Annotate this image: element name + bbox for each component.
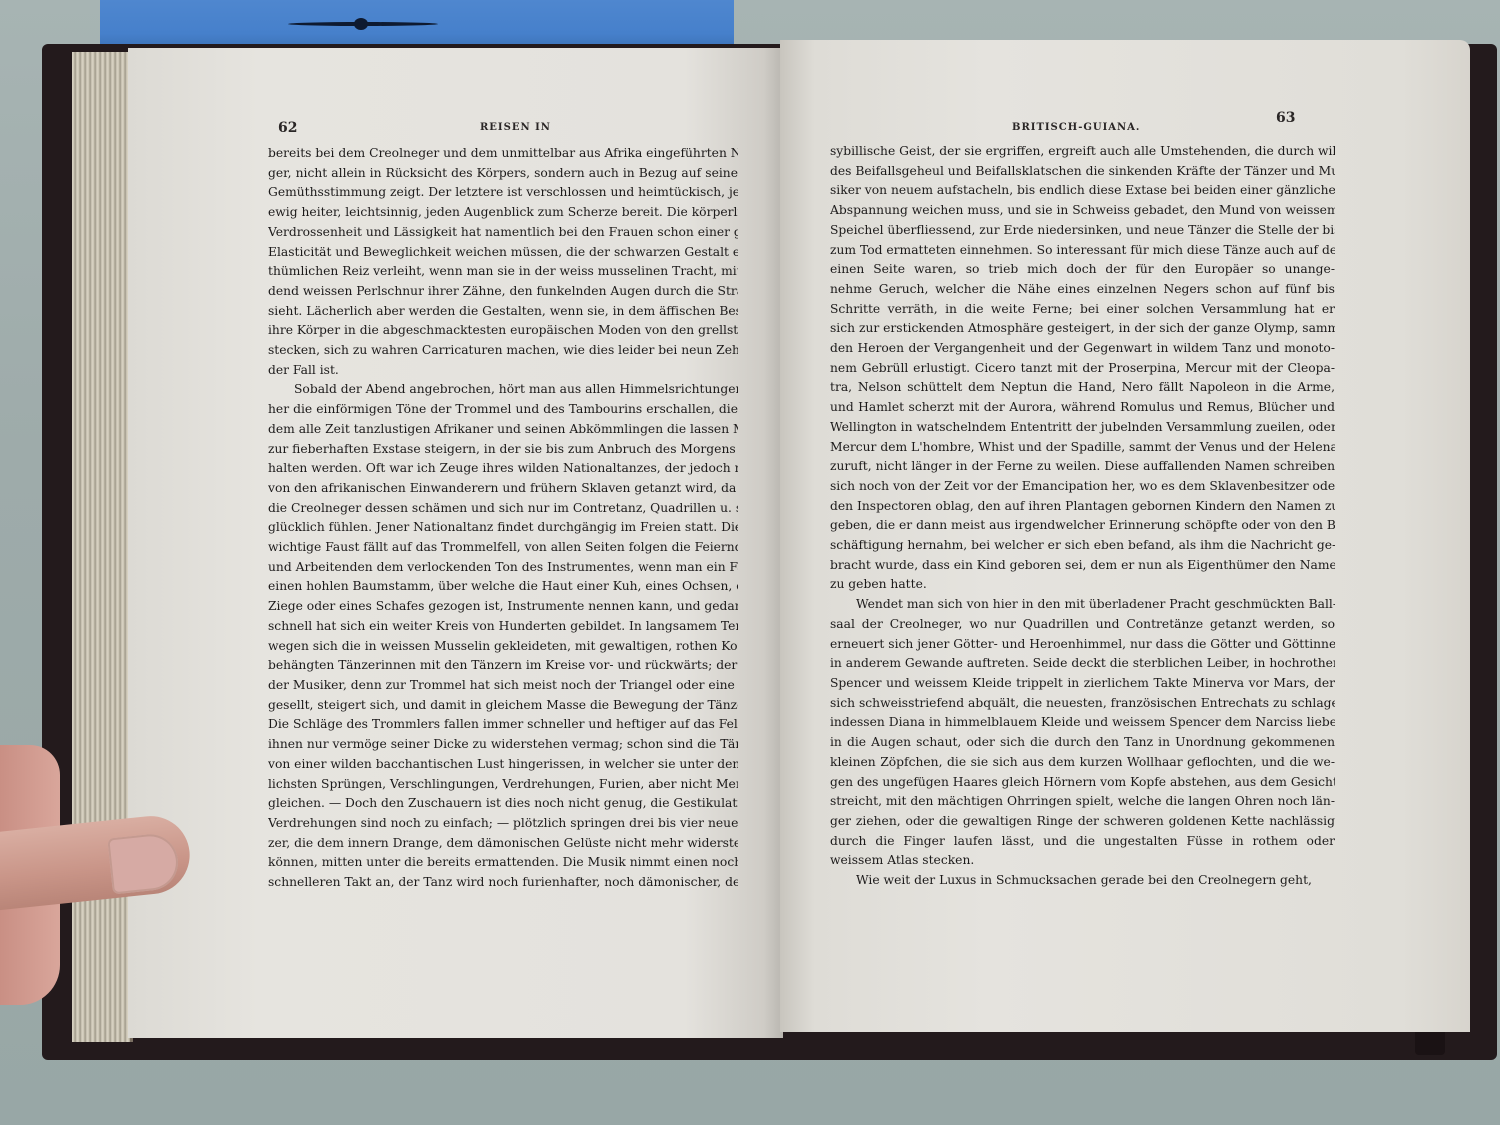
text-line: halten werden. Oft war ich Zeuge ihres w… bbox=[268, 459, 738, 479]
text-line: von einer wilden bacchantischen Lust hin… bbox=[268, 755, 738, 775]
text-line: Elasticität und Beweglichkeit weichen mü… bbox=[268, 243, 738, 263]
text-line: thümlichen Reiz verleiht, wenn man sie i… bbox=[268, 262, 738, 282]
text-line: ger ziehen, oder die gewaltigen Ringe de… bbox=[830, 812, 1335, 832]
text-line: Wellington in watschelndem Ententritt de… bbox=[830, 418, 1335, 438]
text-line: die Creolneger dessen schämen und sich n… bbox=[268, 499, 738, 519]
text-line: der Fall ist. bbox=[268, 361, 738, 381]
text-line: Verdrehungen sind noch zu einfach; — plö… bbox=[268, 814, 738, 834]
text-line: wegen sich die in weissen Musselin gekle… bbox=[268, 637, 738, 657]
text-line: nem Gebrüll erlustigt. Cicero tanzt mit … bbox=[830, 359, 1335, 379]
text-line: zur fieberhaften Exstase steigern, in de… bbox=[268, 440, 738, 460]
ornament-flourish bbox=[288, 22, 438, 26]
text-line: glücklich fühlen. Jener Nationaltanz fin… bbox=[268, 518, 738, 538]
left-page: 62 REISEN IN bereits bei dem Creolneger … bbox=[128, 48, 783, 1038]
text-line: Mercur dem L'hombre, Whist und der Spadi… bbox=[830, 438, 1335, 458]
text-line: ewig heiter, leichtsinnig, jeden Augenbl… bbox=[268, 203, 738, 223]
text-line: Die Schläge des Trommlers fallen immer s… bbox=[268, 715, 738, 735]
text-line: der Musiker, denn zur Trommel hat sich m… bbox=[268, 676, 738, 696]
text-line: saal der Creolneger, wo nur Quadrillen u… bbox=[830, 615, 1335, 635]
text-line: sieht. Lächerlich aber werden die Gestal… bbox=[268, 302, 738, 322]
text-line: her die einförmigen Töne der Trommel und… bbox=[268, 400, 738, 420]
text-line: lichsten Sprüngen, Verschlingungen, Verd… bbox=[268, 775, 738, 795]
text-line: schäftigung hernahm, bei welcher er sich… bbox=[830, 536, 1335, 556]
text-line: zum Tod ermatteten einnehmen. So interes… bbox=[830, 241, 1335, 261]
text-line: Verdrossenheit und Lässigkeit hat nament… bbox=[268, 223, 738, 243]
text-line: streicht, mit den mächtigen Ohrringen sp… bbox=[830, 792, 1335, 812]
text-line: behängten Tänzerinnen mit den Tänzern im… bbox=[268, 656, 738, 676]
text-line: wichtige Faust fällt auf das Trommelfell… bbox=[268, 538, 738, 558]
text-line: zuruft, nicht länger in der Ferne zu wei… bbox=[830, 457, 1335, 477]
text-line: Spencer und weissem Kleide trippelt in z… bbox=[830, 674, 1335, 694]
text-line: sich noch von der Zeit vor der Emancipat… bbox=[830, 477, 1335, 497]
left-page-body-text: bereits bei dem Creolneger und dem unmit… bbox=[268, 144, 738, 893]
page-number-left: 62 bbox=[278, 120, 297, 136]
text-line: gesellt, steigert sich, und damit in gle… bbox=[268, 696, 738, 716]
page-number-right: 63 bbox=[1276, 110, 1295, 126]
text-line: Wendet man sich von hier in den mit über… bbox=[830, 595, 1335, 615]
running-head-left: REISEN IN bbox=[480, 122, 551, 133]
text-line: ger, nicht allein in Rücksicht des Körpe… bbox=[268, 164, 738, 184]
text-line: den Inspectoren oblag, den auf ihren Pla… bbox=[830, 497, 1335, 517]
text-line: weissem Atlas stecken. bbox=[830, 851, 1335, 871]
blue-book-behind bbox=[100, 0, 734, 48]
text-line: bracht wurde, dass ein Kind geboren sei,… bbox=[830, 556, 1335, 576]
text-line: von den afrikanischen Einwanderern und f… bbox=[268, 479, 738, 499]
text-line: gen des ungefügen Haares gleich Hörnern … bbox=[830, 773, 1335, 793]
text-line: den Heroen der Vergangenheit und der Geg… bbox=[830, 339, 1335, 359]
text-line: ihnen nur vermöge seiner Dicke zu widers… bbox=[268, 735, 738, 755]
text-line: Sobald der Abend angebrochen, hört man a… bbox=[268, 380, 738, 400]
text-line: Abspannung weichen muss, und sie in Schw… bbox=[830, 201, 1335, 221]
text-line: sich schweisstriefend abquält, die neues… bbox=[830, 694, 1335, 714]
text-line: schnell hat sich ein weiter Kreis von Hu… bbox=[268, 617, 738, 637]
right-page: BRITISCH-GUIANA. 63 sybillische Geist, d… bbox=[780, 40, 1470, 1032]
running-head-right: BRITISCH-GUIANA. bbox=[1012, 122, 1140, 133]
text-line: in die Augen schaut, oder sich die durch… bbox=[830, 733, 1335, 753]
text-line: nehme Geruch, welcher die Nähe eines ein… bbox=[830, 280, 1335, 300]
text-line: in anderem Gewande auftreten. Seide deck… bbox=[830, 654, 1335, 674]
text-line: siker von neuem aufstacheln, bis endlich… bbox=[830, 181, 1335, 201]
text-line: durch die Finger laufen lässt, und die u… bbox=[830, 832, 1335, 852]
text-line: einen Seite waren, so trieb mich doch de… bbox=[830, 260, 1335, 280]
text-line: dem alle Zeit tanzlustigen Afrikaner und… bbox=[268, 420, 738, 440]
text-line: tra, Nelson schüttelt dem Neptun die Han… bbox=[830, 378, 1335, 398]
text-line: ihre Körper in die abgeschmacktesten eur… bbox=[268, 321, 738, 341]
text-line: schnelleren Takt an, der Tanz wird noch … bbox=[268, 873, 738, 893]
text-line: und Hamlet scherzt mit der Aurora, währe… bbox=[830, 398, 1335, 418]
text-line: sybillische Geist, der sie ergriffen, er… bbox=[830, 142, 1335, 162]
text-line: gleichen. — Doch den Zuschauern ist dies… bbox=[268, 794, 738, 814]
text-line: Ziege oder eines Schafes gezogen ist, In… bbox=[268, 597, 738, 617]
text-line: kleinen Zöpfchen, die sie sich aus dem k… bbox=[830, 753, 1335, 773]
text-line: geben, die er dann meist aus irgendwelch… bbox=[830, 516, 1335, 536]
text-line: Schritte verräth, in die weite Ferne; be… bbox=[830, 300, 1335, 320]
text-line: erneuert sich jener Götter- und Heroenhi… bbox=[830, 635, 1335, 655]
text-line: Speichel überfliessend, zur Erde nieders… bbox=[830, 221, 1335, 241]
text-line: können, mitten unter die bereits ermatte… bbox=[268, 853, 738, 873]
text-line: des Beifallsgeheul und Beifallsklatschen… bbox=[830, 162, 1335, 182]
text-line: einen hohlen Baumstamm, über welche die … bbox=[268, 577, 738, 597]
text-line: Gemüthsstimmung zeigt. Der letztere ist … bbox=[268, 183, 738, 203]
text-line: zer, die dem innern Drange, dem dämonisc… bbox=[268, 834, 738, 854]
text-line: stecken, sich zu wahren Carricaturen mac… bbox=[268, 341, 738, 361]
text-line: Wie weit der Luxus in Schmucksachen gera… bbox=[830, 871, 1335, 891]
right-page-body-text: sybillische Geist, der sie ergriffen, er… bbox=[830, 142, 1335, 891]
text-line: bereits bei dem Creolneger und dem unmit… bbox=[268, 144, 738, 164]
text-line: und Arbeitenden dem verlockenden Ton des… bbox=[268, 558, 738, 578]
text-line: zu geben hatte. bbox=[830, 575, 1335, 595]
text-line: dend weissen Perlschnur ihrer Zähne, den… bbox=[268, 282, 738, 302]
text-line: indessen Diana in himmelblauem Kleide un… bbox=[830, 713, 1335, 733]
text-line: sich zur erstickenden Atmosphäre gesteig… bbox=[830, 319, 1335, 339]
